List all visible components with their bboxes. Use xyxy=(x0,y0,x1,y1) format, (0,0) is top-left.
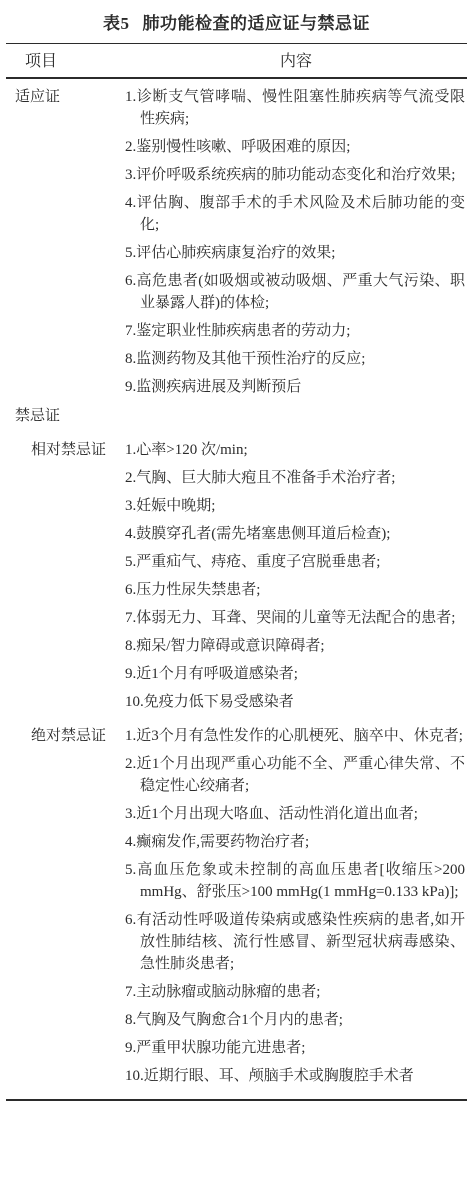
section-label: 相对禁忌证 xyxy=(6,439,125,713)
content-item: 6.高危患者(如吸烟或被动吸烟、严重大气污染、职业暴露人群)的体检; xyxy=(125,270,465,314)
content-item: 4.癫痫发作,需要药物治疗者; xyxy=(125,831,465,853)
content-item: 3.妊娠中晚期; xyxy=(125,495,465,517)
content-item: 7.主动脉瘤或脑动脉瘤的患者; xyxy=(125,981,465,1003)
content-item: 5.高血压危象或未控制的高血压患者[收缩压>200 mmHg、舒张压>100 m… xyxy=(125,859,465,903)
content-item: 8.监测药物及其他干预性治疗的反应; xyxy=(125,348,465,370)
content-item: 5.评估心肺疾病康复治疗的效果; xyxy=(125,242,465,264)
content-item: 9.严重甲状腺功能亢进患者; xyxy=(125,1037,465,1059)
section-items: 1.诊断支气管哮喘、慢性阻塞性肺疾病等气流受限性疾病;2.鉴别慢性咳嗽、呼吸困难… xyxy=(125,86,467,398)
content-item: 6.压力性尿失禁患者; xyxy=(125,579,465,601)
content-item: 9.监测疾病进展及判断预后 xyxy=(125,376,465,398)
table-header-row: 项目 内容 xyxy=(6,44,467,79)
content-item: 3.近1个月出现大咯血、活动性消化道出血者; xyxy=(125,803,465,825)
table-number-label: 表5 xyxy=(103,14,130,33)
content-item: 5.严重疝气、痔疮、重度子宫脱垂患者; xyxy=(125,551,465,573)
document-page: 表5肺功能检查的适应证与禁忌证 项目 内容 适应证1.诊断支气管哮喘、慢性阻塞性… xyxy=(0,0,473,1101)
table-section-row: 禁忌证 xyxy=(6,405,467,427)
content-item: 4.鼓膜穿孔者(需先堵塞患侧耳道后检查); xyxy=(125,523,465,545)
content-item: 10.近期行眼、耳、颅脑手术或胸腹腔手术者 xyxy=(125,1065,465,1087)
column-header-content: 内容 xyxy=(125,48,467,71)
section-label: 适应证 xyxy=(6,86,125,398)
content-item: 2.气胸、巨大肺大疱且不准备手术治疗者; xyxy=(125,467,465,489)
content-item: 8.气胸及气胸愈合1个月内的患者; xyxy=(125,1009,465,1031)
content-item: 2.近1个月出现严重心功能不全、严重心律失常、不稳定性心绞痛者; xyxy=(125,753,465,797)
content-item: 1.心率>120 次/min; xyxy=(125,439,465,461)
content-item: 9.近1个月有呼吸道感染者; xyxy=(125,663,465,685)
table-body: 适应证1.诊断支气管哮喘、慢性阻塞性肺疾病等气流受限性疾病;2.鉴别慢性咳嗽、呼… xyxy=(6,86,467,1087)
section-items: 1.心率>120 次/min;2.气胸、巨大肺大疱且不准备手术治疗者;3.妊娠中… xyxy=(125,439,467,713)
content-item: 7.鉴定职业性肺疾病患者的劳动力; xyxy=(125,320,465,342)
content-item: 4.评估胸、腹部手术的手术风险及术后肺功能的变化; xyxy=(125,192,465,236)
section-label: 禁忌证 xyxy=(6,405,125,427)
content-item: 3.评价呼吸系统疾病的肺功能动态变化和治疗效果; xyxy=(125,164,465,186)
content-item: 8.痴呆/智力障碍或意识障碍者; xyxy=(125,635,465,657)
table: 项目 内容 适应证1.诊断支气管哮喘、慢性阻塞性肺疾病等气流受限性疾病;2.鉴别… xyxy=(6,43,467,1101)
section-label: 绝对禁忌证 xyxy=(6,725,125,1087)
content-item: 10.免疫力低下易受感染者 xyxy=(125,691,465,713)
content-item: 1.诊断支气管哮喘、慢性阻塞性肺疾病等气流受限性疾病; xyxy=(125,86,465,130)
content-item: 6.有活动性呼吸道传染病或感染性疾病的患者,如开放性肺结核、流行性感冒、新型冠状… xyxy=(125,909,465,975)
table-title-text: 肺功能检查的适应证与禁忌证 xyxy=(143,14,371,33)
table-section-row: 绝对禁忌证1.近3个月有急性发作的心肌梗死、脑卒中、休克者;2.近1个月出现严重… xyxy=(6,725,467,1087)
column-header-item: 项目 xyxy=(6,48,125,71)
table-section-row: 适应证1.诊断支气管哮喘、慢性阻塞性肺疾病等气流受限性疾病;2.鉴别慢性咳嗽、呼… xyxy=(6,86,467,398)
content-item: 7.体弱无力、耳聋、哭闹的儿童等无法配合的患者; xyxy=(125,607,465,629)
section-items: 1.近3个月有急性发作的心肌梗死、脑卒中、休克者;2.近1个月出现严重心功能不全… xyxy=(125,725,467,1087)
content-item: 2.鉴别慢性咳嗽、呼吸困难的原因; xyxy=(125,136,465,158)
table-title: 表5肺功能检查的适应证与禁忌证 xyxy=(6,9,467,34)
section-items xyxy=(125,405,467,427)
table-section-row: 相对禁忌证1.心率>120 次/min;2.气胸、巨大肺大疱且不准备手术治疗者;… xyxy=(6,439,467,713)
content-item: 1.近3个月有急性发作的心肌梗死、脑卒中、休克者; xyxy=(125,725,465,747)
